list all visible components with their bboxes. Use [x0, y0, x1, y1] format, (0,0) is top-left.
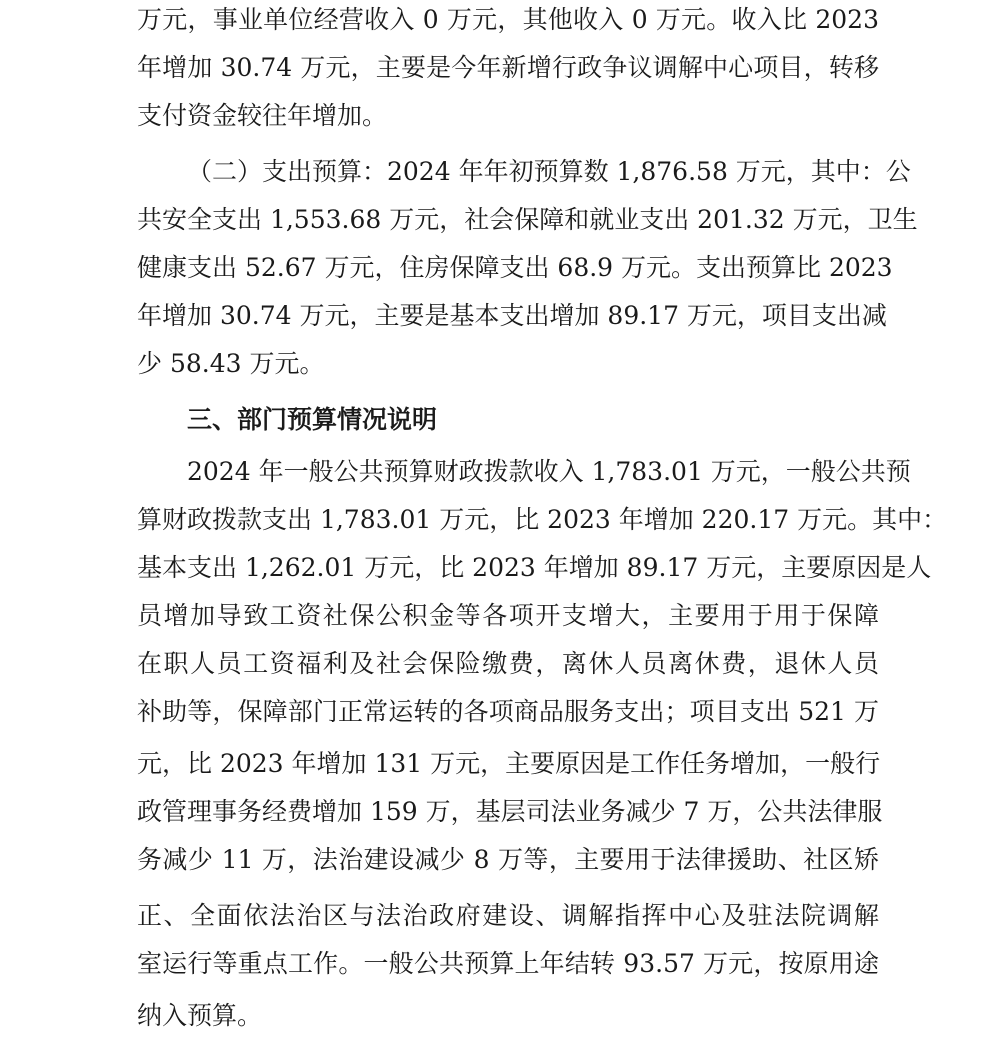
text-line: 补助等，保障部门正常运转的各项商品服务支出；项目支出 521 万: [137, 692, 879, 732]
text-line: 正、全面依法治区与法治政府建设、调解指挥中心及驻法院调解: [137, 896, 879, 936]
section-heading: 三、部门预算情况说明: [137, 400, 879, 440]
text-line: 年增加 30.74 万元，主要是基本支出增加 89.17 万元，项目支出减: [137, 296, 879, 336]
text-line: 算财政拨款支出 1,783.01 万元，比 2023 年增加 220.17 万元…: [137, 500, 879, 540]
text-line: 健康支出 52.67 万元，住房保障支出 68.9 万元。支出预算比 2023: [137, 248, 879, 288]
text-line: 年增加 30.74 万元，主要是今年新增行政争议调解中心项目，转移: [137, 48, 879, 88]
text-line: 2024 年一般公共预算财政拨款收入 1,783.01 万元，一般公共预: [137, 452, 879, 492]
text-line: 支付资金较往年增加。: [137, 96, 879, 136]
text-line: 室运行等重点工作。一般公共预算上年结转 93.57 万元，按原用途: [137, 944, 879, 984]
text-line: 基本支出 1,262.01 万元，比 2023 年增加 89.17 万元，主要原…: [137, 548, 879, 588]
text-line: 在职人员工资福利及社会保险缴费，离休人员离休费，退休人员: [137, 644, 879, 684]
text-line: 共安全支出 1,553.68 万元，社会保障和就业支出 201.32 万元，卫生: [137, 200, 879, 240]
text-line: 少 58.43 万元。: [137, 344, 879, 384]
text-line: 纳入预算。: [137, 996, 879, 1036]
text-line: 万元，事业单位经营收入 0 万元，其他收入 0 万元。收入比 2023: [137, 0, 879, 40]
text-line: 务减少 11 万，法治建设减少 8 万等，主要用于法律援助、社区矫: [137, 840, 879, 880]
text-line: 元，比 2023 年增加 131 万元，主要原因是工作任务增加，一般行: [137, 744, 879, 784]
text-line: 员增加导致工资社保公积金等各项开支增大，主要用于用于保障: [137, 596, 879, 636]
text-line: 政管理事务经费增加 159 万，基层司法业务减少 7 万，公共法律服: [137, 792, 879, 832]
text-line: （二）支出预算：2024 年年初预算数 1,876.58 万元，其中：公: [137, 152, 879, 192]
